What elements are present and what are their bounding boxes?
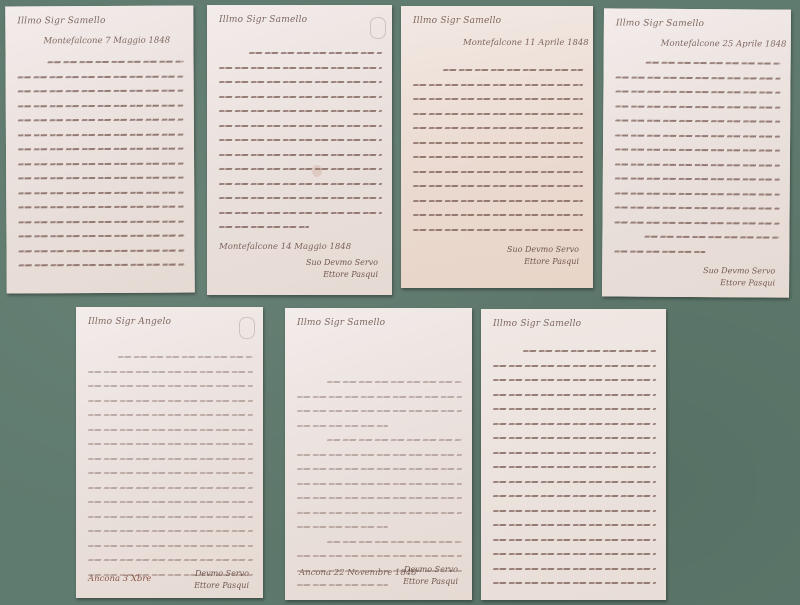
letter-3: Illmo Sigr Samello Montefalcone 11 April… [401, 6, 593, 288]
letter-salutation: Illmo Sigr Samello [493, 319, 656, 329]
letter-dateline: Montefalcone 11 Aprile 1848 [463, 38, 583, 48]
letter-closing-place: Ancona 22 Novembre 1848 [299, 568, 417, 578]
letter-closing-place: Ancona 3 Xbre [88, 574, 151, 584]
photo-background: { "scene": { "description": "Seven handw… [0, 0, 800, 605]
letter-salutation: Illmo Sigr Samello [297, 318, 462, 328]
letter-signature: Devmo Servo Ettore Pasqui [403, 564, 458, 588]
letter-5: Illmo Sigr Angelo Ancona 3 Xbre Devmo Se… [76, 307, 263, 598]
letter-dateline: Montefalcone 14 Maggio 1848 [219, 242, 382, 252]
letter-dateline: Montefalcone 7 Maggio 1848 [43, 36, 183, 47]
letter-salutation: Illmo Sigr Samello [219, 15, 382, 25]
letter-dateline: Montefalcone 25 Aprile 1848 [661, 39, 781, 50]
letter-salutation: Illmo Sigr Samello [17, 16, 183, 27]
letter-signature: Suo Devmo Servo Ettore Pasqui [306, 257, 378, 281]
letter-body [413, 62, 583, 236]
letter-salutation: Illmo Sigr Samello [413, 16, 583, 26]
letter-salutation: Illmo Sigr Angelo [88, 317, 253, 327]
letter-signature: Suo Devmo Servo Ettore Pasqui [703, 265, 775, 290]
letter-2: Illmo Sigr Samello Montefalcone 14 Maggi… [207, 5, 392, 295]
letter-body [219, 45, 382, 234]
letter-6: Illmo Sigr Samello Ancona 22 Novembre 18… [285, 308, 472, 600]
letter-body [18, 54, 185, 272]
letter-body [297, 374, 462, 592]
letter-salutation: Illmo Sigr Samello [616, 18, 781, 29]
ink-stain [312, 165, 322, 177]
letter-7: Illmo Sigr Samello [481, 309, 666, 600]
letter-4: Illmo Sigr Samello Montefalcone 25 April… [602, 8, 791, 297]
letter-1: Illmo Sigr Samello Montefalcone 7 Maggio… [5, 6, 195, 294]
letter-body [614, 54, 780, 258]
letter-signature: Suo Devmo Servo Ettore Pasqui [507, 244, 579, 268]
letter-body [88, 349, 253, 581]
letter-signature: Devmo Servo Ettore Pasqui [194, 568, 249, 592]
letter-body [493, 343, 656, 590]
